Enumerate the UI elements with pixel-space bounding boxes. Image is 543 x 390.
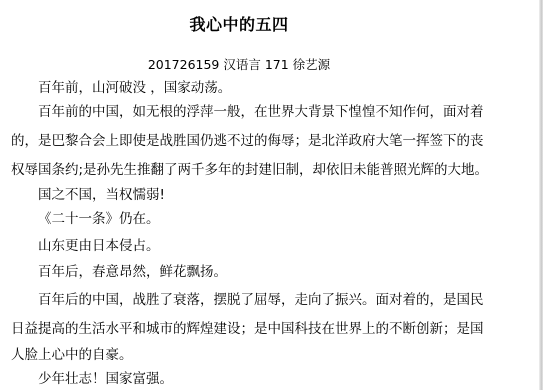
- paragraph-line-6: 《二十一条》仍在。: [38, 210, 160, 228]
- paragraph-line-5: 国之不国，当权懦弱!: [38, 186, 165, 204]
- paragraph-line-11: 人脸上心中的自豪。: [11, 346, 133, 364]
- paragraph-line-10: 日益提高的生活水平和城市的辉煌建设；是中国科技在世界上的不断创新；是国: [11, 320, 484, 338]
- document-title: 我心中的五四: [0, 12, 478, 35]
- paragraph-line-7: 山东更由日本侵占。: [38, 237, 160, 255]
- page-edge-shadow: [539, 0, 543, 390]
- document-page: 我心中的五四 201726159 汉语言 171 徐艺源 百年前，山河破没 ，国…: [0, 0, 538, 390]
- paragraph-line-8: 百年后，春意昂然，鲜花飘扬。: [38, 263, 227, 281]
- paragraph-line-2: 百年前的中国，如无根的浮萍一般，在世界大背景下惶惶不知作何，面对着: [38, 103, 484, 121]
- author-byline: 201726159 汉语言 171 徐艺源: [0, 55, 478, 73]
- paragraph-line-3: 的，是巴黎合会上即使是战胜国仍逃不过的侮辱；是北洋政府大笔一挥签下的丧: [11, 132, 484, 150]
- paragraph-line-4: 权辱国条约;是孙先生推翻了两千多年的封建旧制，却依旧未能普照光辉的大地。: [11, 161, 488, 179]
- paragraph-line-12: 少年壮志！国家富强。: [38, 370, 173, 388]
- paragraph-line-1: 百年前，山河破没 ，国家动荡。: [38, 79, 231, 97]
- paragraph-line-9: 百年后的中国，战胜了衰落，摆脱了屈辱，走向了振兴。面对着的，是国民: [38, 291, 484, 309]
